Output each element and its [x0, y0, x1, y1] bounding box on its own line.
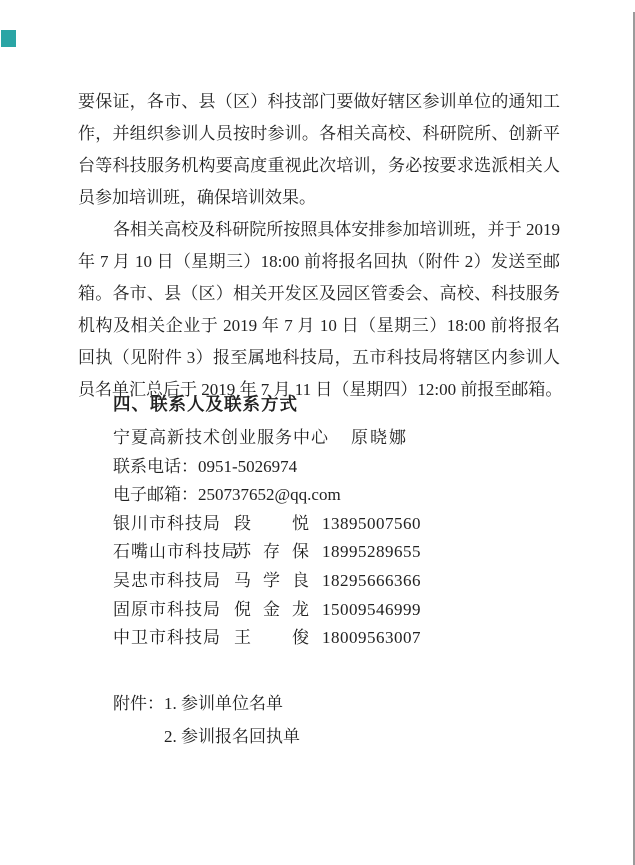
phone-number: 13895007560 — [322, 510, 421, 539]
bureau-name: 石嘴山市科技局 — [113, 538, 234, 567]
phone-number: 18295666366 — [322, 567, 421, 596]
person-name: 苏存保 — [234, 538, 322, 567]
contact-phone: 联系电话：0951-5026974 — [113, 453, 297, 482]
body-paragraph-1: 要保证，各市、县（区）科技部门要做好辖区参训单位的通知工 作，并组织参训人员按时… — [78, 86, 560, 214]
phone-number: 18009563007 — [322, 624, 421, 653]
document-content: 要保证，各市、县（区）科技部门要做好辖区参训单位的通知工 作，并组织参训人员按时… — [78, 0, 560, 865]
text-line: 要保证，各市、县（区）科技部门要做好辖区参训单位的通知工 — [78, 86, 560, 118]
text-line: 年 7 月 10 日（星期三）18:00 前将报名回执（附件 2）发送至邮 — [78, 246, 560, 278]
text-line: 机构及相关企业于 2019 年 7 月 10 日（星期三）18:00 前将报名 — [78, 310, 560, 342]
attachments-label: 附件： — [113, 694, 164, 713]
attachment-line-1: 附件：1. 参训单位名单 — [113, 687, 560, 720]
bureau-name: 银川市科技局 — [113, 510, 234, 539]
person-name: 王 俊 — [234, 624, 322, 653]
contact-phone-line: 联系电话：0951-5026974 — [113, 453, 560, 482]
contact-row: 吴忠市科技局 马学良 18295666366 — [113, 567, 560, 596]
contact-row: 固原市科技局 倪金龙 15009546999 — [113, 596, 560, 625]
text-line: 员参加培训班，确保培训效果。 — [78, 182, 560, 214]
document-page: 要保证，各市、县（区）科技部门要做好辖区参训单位的通知工 作，并组织参训人员按时… — [0, 0, 635, 865]
contact-row: 石嘴山市科技局 苏存保 18995289655 — [113, 538, 560, 567]
phone-number: 18995289655 — [322, 538, 421, 567]
contact-list: 宁夏高新技术创业服务中心 原晓娜 联系电话：0951-5026974 电子邮箱：… — [113, 424, 560, 653]
contact-org: 宁夏高新技术创业服务中心 — [113, 424, 329, 453]
contact-row: 银川市科技局 段 悦 13895007560 — [113, 510, 560, 539]
body-paragraph-2: 各相关高校及科研院所按照具体安排参加培训班，并于 2019 年 7 月 10 日… — [78, 214, 560, 406]
contact-email: 电子邮箱：250737652@qq.com — [113, 481, 341, 510]
bureau-name: 中卫市科技局 — [113, 624, 234, 653]
text-line: 作，并组织参训人员按时参训。各相关高校、科研院所、创新平 — [78, 118, 560, 150]
text-line: 箱。各市、县（区）相关开发区及园区管委会、高校、科技服务 — [78, 278, 560, 310]
section-heading: 四、联系人及联系方式 — [113, 391, 298, 417]
text-line: 各相关高校及科研院所按照具体安排参加培训班，并于 2019 — [78, 214, 560, 246]
corner-marker — [1, 30, 16, 47]
contact-person: 原晓娜 — [351, 424, 408, 453]
attachments-block: 附件：1. 参训单位名单 2. 参训报名回执单 — [113, 687, 560, 753]
bureau-name: 吴忠市科技局 — [113, 567, 234, 596]
attachment-line-2: 2. 参训报名回执单 — [113, 720, 560, 753]
text-line: 台等科技服务机构要高度重视此次培训，务必按要求选派相关人 — [78, 150, 560, 182]
bureau-name: 固原市科技局 — [113, 596, 234, 625]
attachment-item-1: 1. 参训单位名单 — [164, 694, 283, 713]
person-name: 倪金龙 — [234, 596, 322, 625]
contact-row: 中卫市科技局 王 俊 18009563007 — [113, 624, 560, 653]
phone-number: 15009546999 — [322, 596, 421, 625]
contact-email-line: 电子邮箱：250737652@qq.com — [113, 481, 560, 510]
contact-org-line: 宁夏高新技术创业服务中心 原晓娜 — [113, 424, 560, 453]
person-name: 段 悦 — [234, 510, 322, 539]
attachment-item-2: 2. 参训报名回执单 — [164, 727, 300, 746]
person-name: 马学良 — [234, 567, 322, 596]
text-line: 回执（见附件 3）报至属地科技局，五市科技局将辖区内参训人 — [78, 342, 560, 374]
